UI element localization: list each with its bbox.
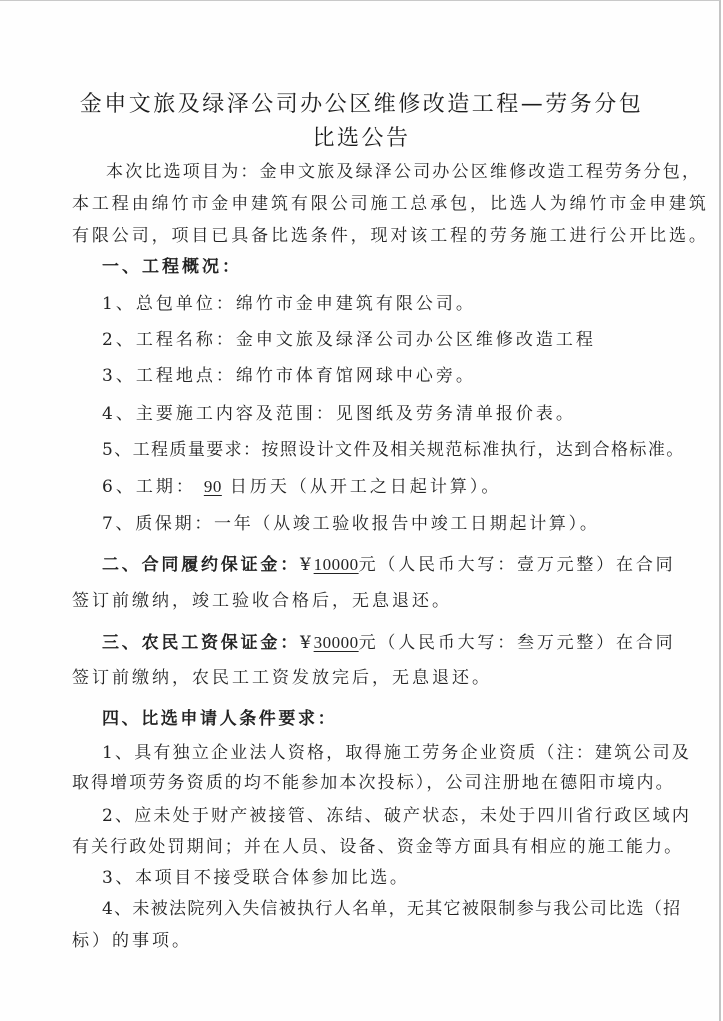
- section3-line-1: 三、农民工资保证金：¥30000元（人民币大写：叁万元整）在合同: [102, 628, 675, 653]
- section4-heading: 四、比选申请人条件要求：: [102, 704, 337, 729]
- section2-line-2: 签订前缴纳，竣工验收合格后，无息退还。: [72, 586, 452, 611]
- section4-item-1-line-1: 1、具有独立企业法人资格，取得施工劳务企业资质（注：建筑公司及: [102, 738, 691, 763]
- section1-item-5: 5、工程质量要求：按照设计文件及相关规范标准执行，达到合格标准。: [102, 435, 685, 460]
- section1-item-2: 2、工程名称：金申文旅及绿泽公司办公区维修改造工程: [102, 325, 596, 350]
- section1-item-7: 7、质保期：一年（从竣工验收报告中竣工日期起计算）。: [102, 509, 600, 534]
- intro-line-3: 有限公司，项目已具备比选条件，现对该工程的劳务施工进行公开比选。: [72, 221, 709, 246]
- section1-item-1: 1、总包单位：绵竹市金申建筑有限公司。: [102, 289, 476, 314]
- section2-currency: ¥: [300, 555, 314, 575]
- section4-item-4-line-2: 标）的事项。: [72, 926, 192, 951]
- section2-line1-suffix: 元（人民币大写：壹万元整）在合同: [359, 555, 676, 575]
- document-title-line2: 比选公告: [0, 121, 723, 152]
- duration-days-value: 90: [196, 477, 230, 496]
- wage-bond-amount: 30000: [314, 633, 359, 652]
- section1-item-3: 3、工程地点：绵竹市体育馆网球中心旁。: [102, 361, 476, 386]
- item6-prefix: 6、工期：: [102, 477, 196, 497]
- section1-item-4: 4、主要施工内容及范围：见图纸及劳务清单报价表。: [102, 399, 576, 424]
- section4-item-3: 3、本项目不接受联合体参加比选。: [102, 863, 409, 888]
- performance-bond-amount: 10000: [314, 555, 359, 574]
- intro-line-1: 本次比选项目为：金申文旅及绿泽公司办公区维修改造工程劳务分包，: [106, 157, 701, 182]
- item6-suffix: 日历天（从开工之日起计算）。: [230, 477, 502, 497]
- section4-item-2-line-1: 2、应未处于财产被接管、冻结、破产状态，未处于四川省行政区域内: [102, 801, 691, 826]
- intro-line-2: 本工程由绵竹市金申建筑有限公司施工总承包，比选人为绵竹市金申建筑: [72, 189, 709, 214]
- section3-heading: 三、农民工资保证金：: [102, 633, 300, 653]
- document-title-line1: 金申文旅及绿泽公司办公区维修改造工程—劳务分包: [0, 87, 723, 118]
- section2-heading: 二、合同履约保证金：: [102, 555, 300, 575]
- section3-currency: ¥: [300, 633, 314, 653]
- section3-line-2: 签订前缴纳，农民工工资发放完后，无息退还。: [72, 663, 492, 688]
- section2-line-1: 二、合同履约保证金：¥10000元（人民币大写：壹万元整）在合同: [102, 550, 675, 575]
- section4-item-1-line-2: 取得增项劳务资质的均不能参加本次投标），公司注册地在德阳市境内。: [72, 768, 675, 793]
- document-page: 金申文旅及绿泽公司办公区维修改造工程—劳务分包 比选公告 本次比选项目为：金申文…: [0, 0, 721, 1021]
- section3-line1-suffix: 元（人民币大写：叁万元整）在合同: [359, 633, 676, 653]
- section1-item-6: 6、工期：90日历天（从开工之日起计算）。: [102, 472, 501, 497]
- section1-heading: 一、工程概况：: [102, 252, 242, 277]
- section4-item-2-line-2: 有关行政处罚期间；并在人员、设备、资金等方面具有相应的施工能力。: [72, 832, 683, 857]
- section4-item-4-line-1: 4、未被法院列入失信被执行人名单，无其它被限制参与我公司比选（招: [102, 894, 681, 919]
